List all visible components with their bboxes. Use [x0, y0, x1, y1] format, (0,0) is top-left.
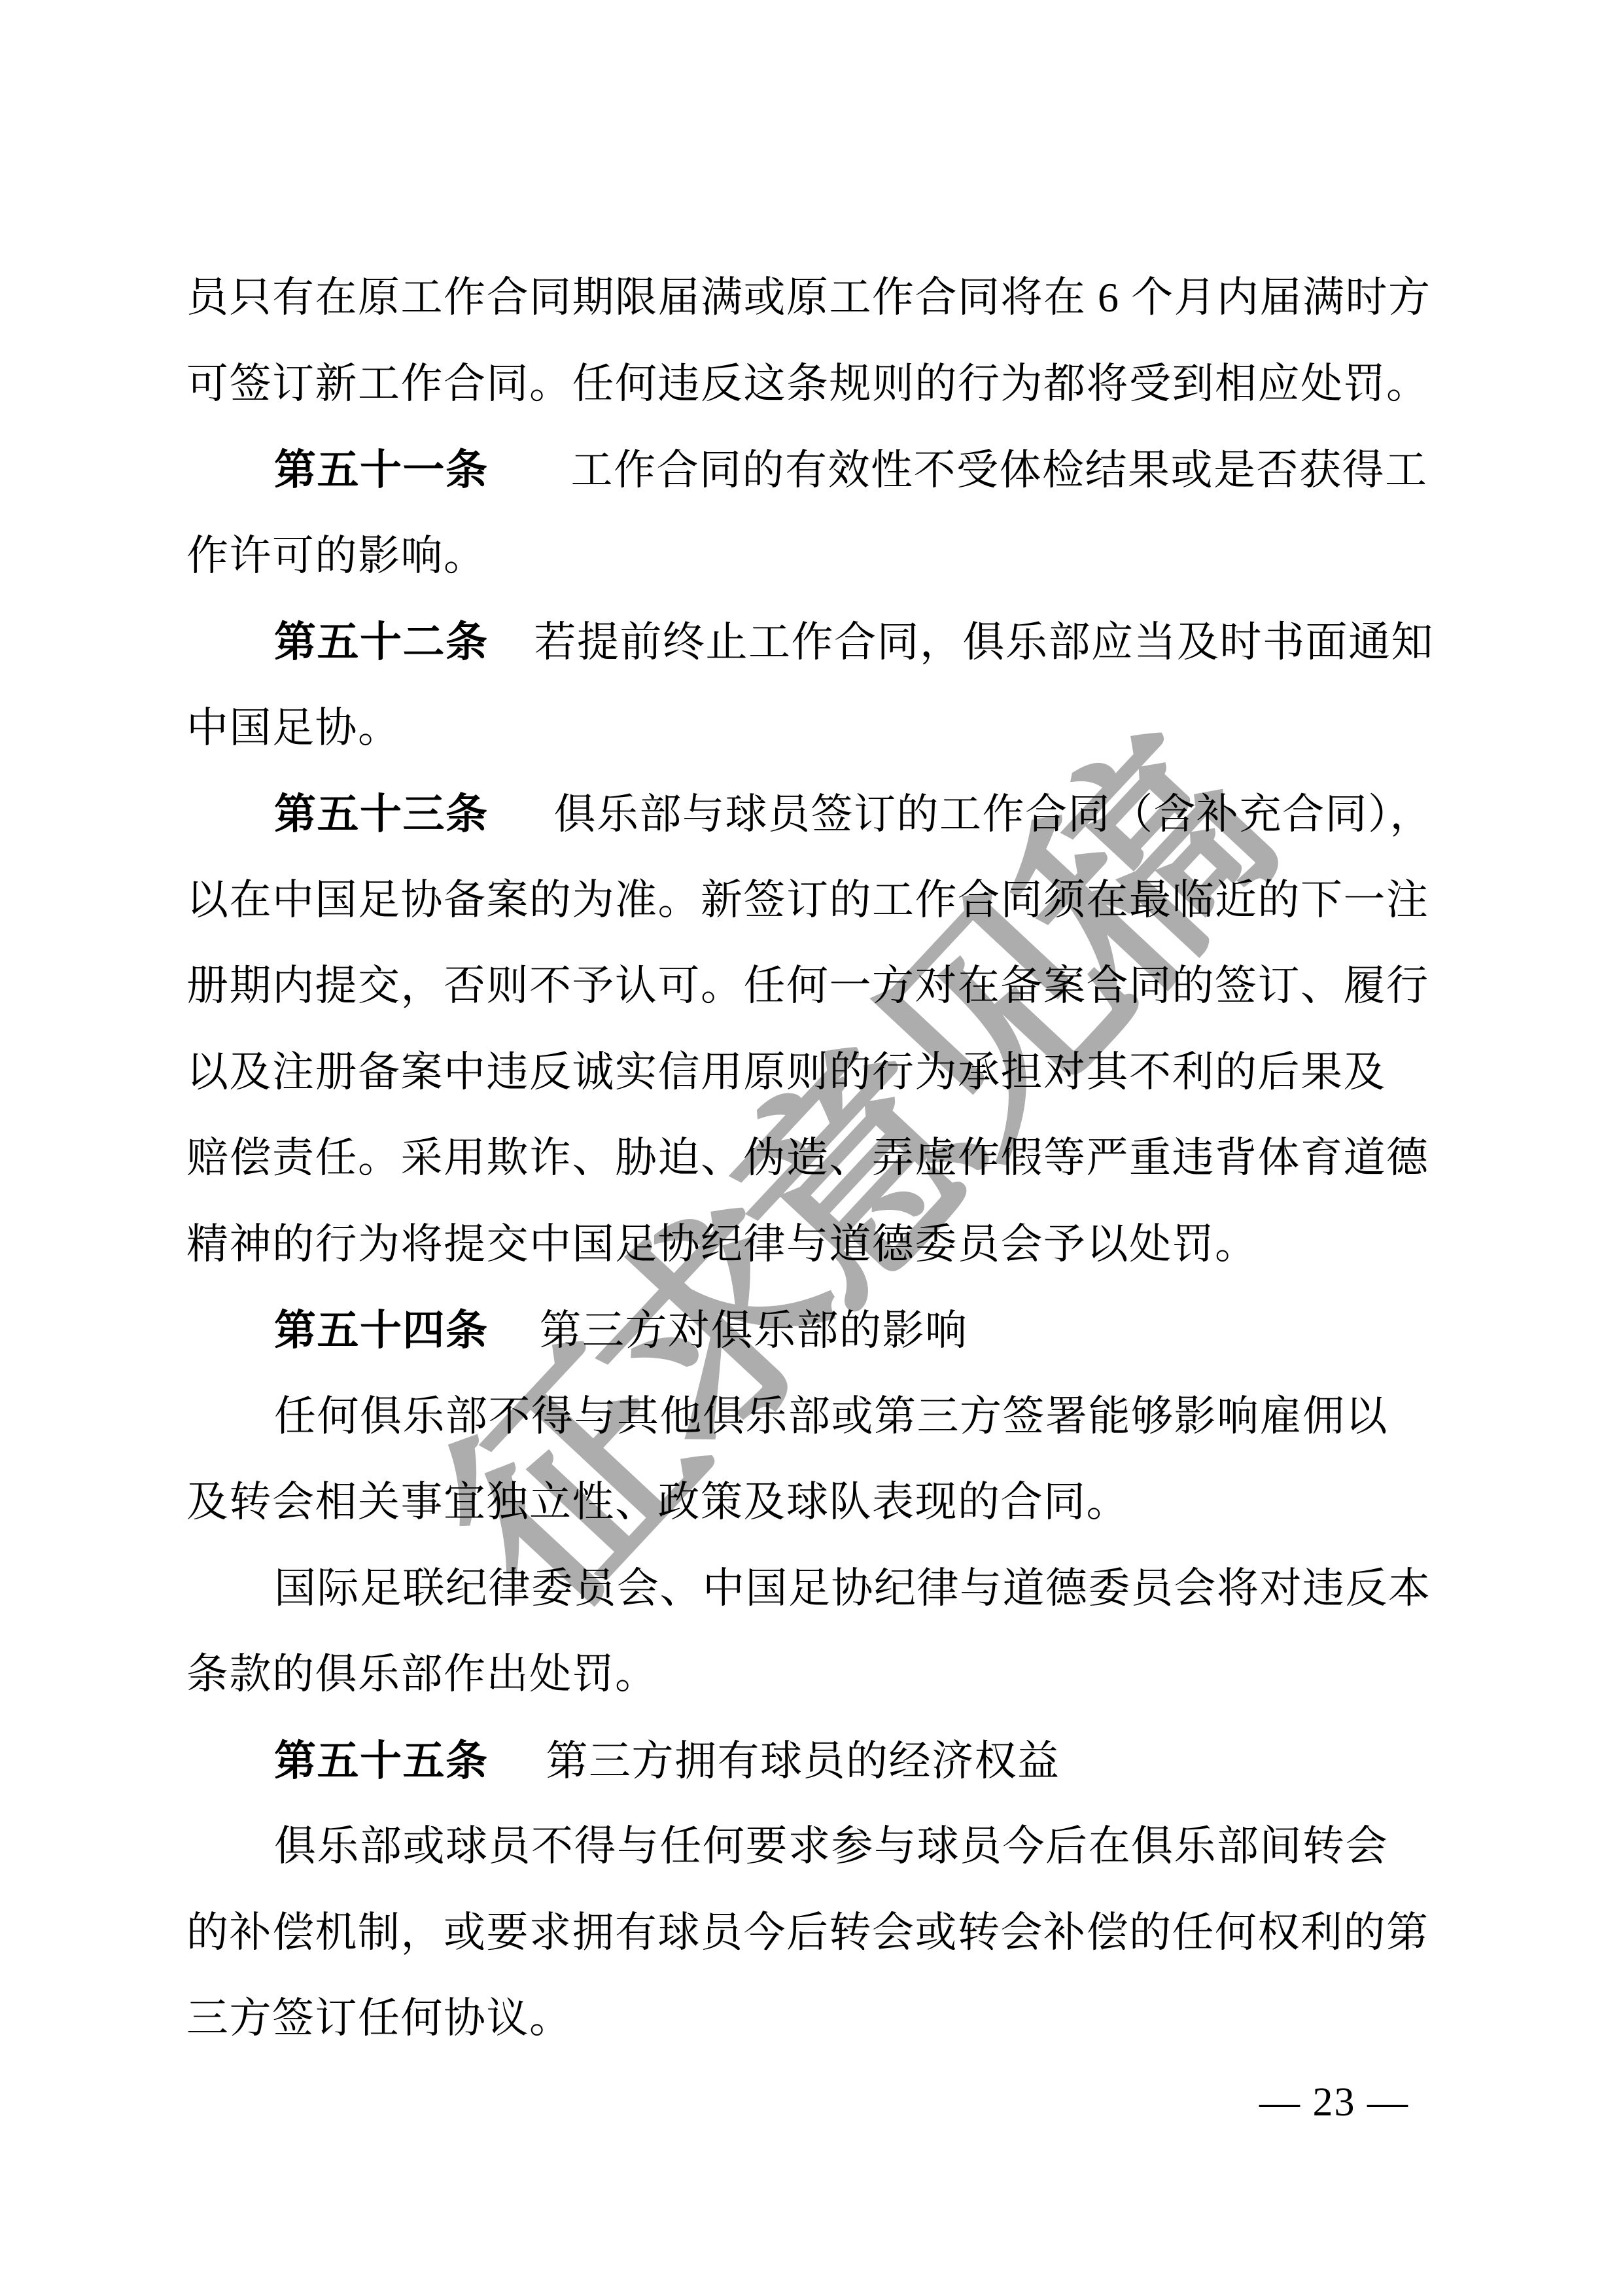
- article-number-heading: 第五十五条: [274, 1737, 489, 1784]
- line-text: 以及注册备案中违反诚实信用原则的行为承担对其不利的后果及: [186, 1049, 1386, 1095]
- line-text: 任何俱乐部不得与其他俱乐部或第三方签署能够影响雇佣以: [274, 1393, 1388, 1439]
- text-line: 国际足联纪律委员会、中国足协纪律与道德委员会将对违反本: [274, 1563, 1431, 1615]
- line-text: 作许可的影响。: [186, 533, 487, 579]
- line-text: 可签订新工作合同。任何违反这条规则的行为都将受到相应处罚。: [186, 361, 1429, 407]
- text-line: 员只有在原工作合同期限届满或原工作合同将在 6 个月内届满时方: [186, 272, 1431, 324]
- text-line: 可签订新工作合同。任何违反这条规则的行为都将受到相应处罚。: [186, 358, 1429, 410]
- text-line: 第五十五条第三方拥有球员的经济权益: [274, 1735, 1060, 1788]
- line-text: 工作合同的有效性不受体检结果或是否获得工: [571, 447, 1428, 493]
- line-text: 员只有在原工作合同期限届满或原工作合同将在 6 个月内届满时方: [186, 274, 1431, 321]
- line-text: 精神的行为将提交中国足协纪律与道德委员会予以处罚。: [186, 1221, 1258, 1267]
- article-number-heading: 第五十三条: [274, 790, 489, 838]
- text-line: 中国足协。: [186, 702, 401, 754]
- line-text: 条款的俱乐部作出处罚。: [186, 1651, 658, 1697]
- line-text: 第三方拥有球员的经济权益: [546, 1738, 1060, 1784]
- text-line: 第五十三条俱乐部与球员签订的工作合同（含补充合同），: [274, 788, 1433, 841]
- line-text: 的补偿机制，或要求拥有球员今后转会或转会补偿的任何权利的第: [186, 1909, 1429, 1956]
- line-text: 国际足联纪律委员会、中国足协纪律与道德委员会将对违反本: [274, 1565, 1431, 1612]
- line-text: 俱乐部或球员不得与任何要求参与球员今后在俱乐部间转会: [274, 1823, 1388, 1869]
- text-line: 第五十一条工作合同的有效性不受体检结果或是否获得工: [274, 444, 1428, 497]
- text-line: 三方签订任何协议。: [186, 1992, 572, 2045]
- text-line: 条款的俱乐部作出处罚。: [186, 1648, 658, 1701]
- text-line: 任何俱乐部不得与其他俱乐部或第三方签署能够影响雇佣以: [274, 1390, 1388, 1443]
- document-page: 征求意见稿 员只有在原工作合同期限届满或原工作合同将在 6 个月内届满时方可签订…: [0, 0, 1623, 2296]
- text-line: 俱乐部或球员不得与任何要求参与球员今后在俱乐部间转会: [274, 1820, 1388, 1873]
- text-line: 册期内提交，否则不予认可。任何一方对在备案合同的签订、履行: [186, 960, 1429, 1012]
- text-line: 的补偿机制，或要求拥有球员今后转会或转会补偿的任何权利的第: [186, 1907, 1429, 1959]
- line-text: 以在中国足协备案的为准。新签订的工作合同须在最临近的下一注: [186, 877, 1429, 923]
- text-line: 第五十二条若提前终止工作合同，俱乐部应当及时书面通知: [274, 616, 1434, 669]
- page-number: — 23 —: [1259, 2079, 1409, 2126]
- article-number-heading: 第五十二条: [274, 618, 489, 665]
- text-line: 及转会相关事宜独立性、政策及球队表现的合同。: [186, 1476, 1129, 1528]
- line-text: 册期内提交，否则不予认可。任何一方对在备案合同的签订、履行: [186, 963, 1429, 1009]
- line-text: 俱乐部与球员签订的工作合同（含补充合同），: [554, 791, 1433, 838]
- line-text: 第三方对俱乐部的影响: [540, 1307, 968, 1354]
- line-text: 赔偿责任。采用欺诈、胁迫、伪造、弄虚作假等严重违背体育道德: [186, 1135, 1429, 1181]
- text-line: 第五十四条第三方对俱乐部的影响: [274, 1304, 968, 1357]
- document-body: 员只有在原工作合同期限届满或原工作合同将在 6 个月内届满时方可签订新工作合同。…: [0, 0, 1623, 2296]
- line-text: 及转会相关事宜独立性、政策及球队表现的合同。: [186, 1479, 1129, 1525]
- text-line: 以及注册备案中违反诚实信用原则的行为承担对其不利的后果及: [186, 1046, 1386, 1099]
- text-line: 以在中国足协备案的为准。新签订的工作合同须在最临近的下一注: [186, 874, 1429, 927]
- text-line: 赔偿责任。采用欺诈、胁迫、伪造、弄虚作假等严重违背体育道德: [186, 1132, 1429, 1184]
- article-number-heading: 第五十一条: [274, 446, 489, 493]
- line-text: 若提前终止工作合同，俱乐部应当及时书面通知: [534, 619, 1435, 665]
- text-line: 精神的行为将提交中国足协纪律与道德委员会予以处罚。: [186, 1218, 1258, 1271]
- article-number-heading: 第五十四条: [274, 1307, 489, 1354]
- line-text: 中国足协。: [186, 705, 401, 751]
- text-line: 作许可的影响。: [186, 530, 487, 582]
- line-text: 三方签订任何协议。: [186, 1995, 572, 2041]
